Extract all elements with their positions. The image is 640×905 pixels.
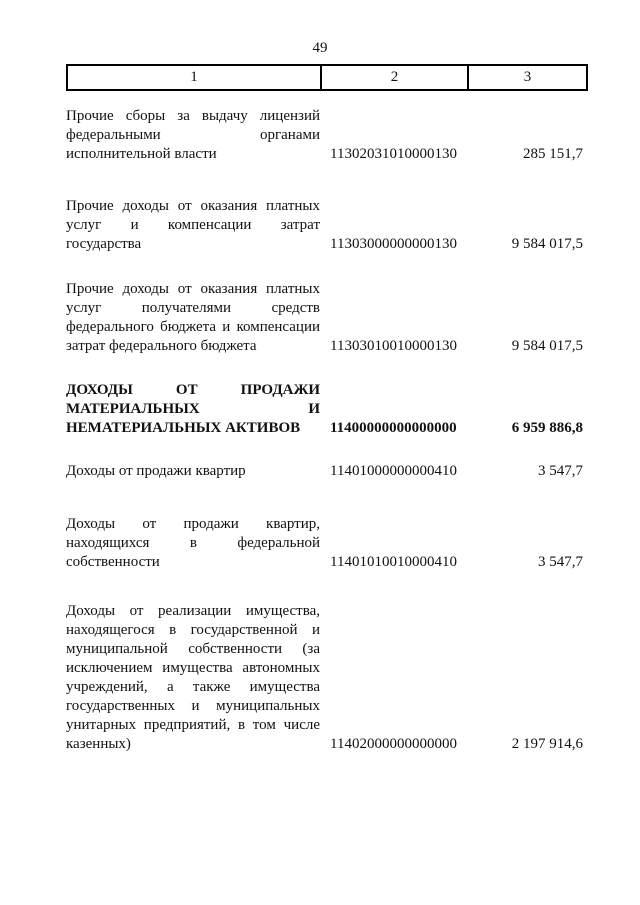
row-code: 11303000000000130 (320, 235, 467, 254)
table-header-col-3: 3 (467, 66, 586, 89)
row-amount: 3 547,7 (467, 462, 588, 481)
row-code: 11400000000000000 (320, 419, 467, 438)
page-number: 49 (0, 40, 640, 57)
row-code: 11303010010000130 (320, 337, 467, 356)
table-row: Доходы от продажи квартир 11401000000000… (66, 462, 588, 481)
table-row: Прочие доходы от оказания платных услуг … (66, 197, 588, 254)
row-name: Прочие доходы от оказания платных услуг … (66, 280, 320, 356)
table-header-col-1: 1 (68, 66, 320, 89)
row-name: Доходы от продажи квартир, находящихся в… (66, 515, 320, 572)
row-amount: 9 584 017,5 (467, 235, 588, 254)
row-code: 11401010010000410 (320, 553, 467, 572)
table-row: Прочие доходы от оказания платных услуг … (66, 280, 588, 356)
row-code: 11402000000000000 (320, 735, 467, 754)
table-row: Прочие сборы за выдачу лицензий федераль… (66, 107, 588, 164)
row-name: Прочие доходы от оказания платных услуг … (66, 197, 320, 254)
table-header-col-2: 2 (320, 66, 467, 89)
table-row-section-total: ДОХОДЫ ОТ ПРОДАЖИ МАТЕРИАЛЬНЫХ И НЕМАТЕР… (66, 381, 588, 438)
table-body: Прочие сборы за выдачу лицензий федераль… (66, 107, 588, 754)
document-page: 49 1 2 3 Прочие сборы за выдачу лицензий… (0, 0, 640, 905)
row-name: Прочие сборы за выдачу лицензий федераль… (66, 107, 320, 164)
row-amount: 3 547,7 (467, 553, 588, 572)
row-amount: 2 197 914,6 (467, 735, 588, 754)
table-row: Доходы от продажи квартир, находящихся в… (66, 515, 588, 572)
row-amount: 9 584 017,5 (467, 337, 588, 356)
row-code: 11401000000000410 (320, 462, 467, 481)
table-row: Доходы от реализации имущества, находяще… (66, 602, 588, 754)
row-name: Доходы от продажи квартир (66, 462, 320, 481)
row-code: 11302031010000130 (320, 145, 467, 164)
row-name: ДОХОДЫ ОТ ПРОДАЖИ МАТЕРИАЛЬНЫХ И НЕМАТЕР… (66, 381, 320, 438)
row-name: Доходы от реализации имущества, находяще… (66, 602, 320, 754)
row-amount: 6 959 886,8 (467, 419, 588, 438)
row-amount: 285 151,7 (467, 145, 588, 164)
table-header-row: 1 2 3 (66, 64, 588, 91)
